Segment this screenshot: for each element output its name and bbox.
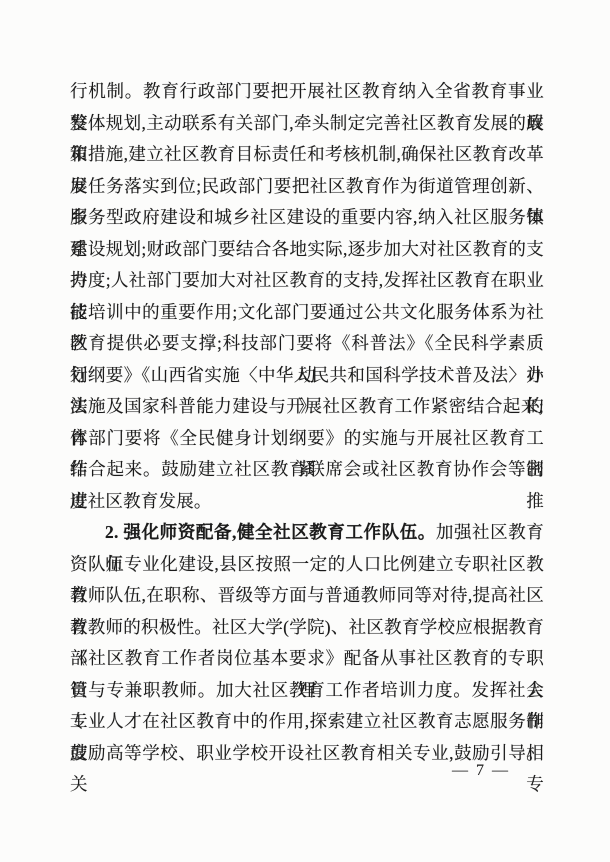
text-line: 力度;人社部门要加大对社区教育的支持,发挥社区教育在职业技 xyxy=(70,265,544,297)
text-line: 整体规划,主动联系有关部门,牵头制定完善社区教育发展的政策 xyxy=(70,108,544,140)
text-line: 划纲要》《山西省实施〈中华人民共和国科学技术普及法〉办法》的 xyxy=(70,360,544,392)
text-line: 《社区教育工作者岗位基本要求》配备从事社区教育的专职管理人 xyxy=(70,643,544,675)
text-line: 专业人才在社区教育中的作用,探索建立社区教育志愿服务制度。 xyxy=(70,706,544,738)
page-number: — 7 — xyxy=(452,762,510,780)
text-line: 结合起来。鼓励建立社区教育联席会或社区教育协作会等制度推 xyxy=(70,454,544,486)
text-line: 教育提供必要支撑;科技部门要将《科普法》《全民科学素质行动计 xyxy=(70,328,544,360)
text-line: 资队伍专业化建设,县区按照一定的人口比例建立专职社区教育 xyxy=(70,549,544,581)
text-line: 育部门要将《全民健身计划纲要》的实施与开展社区教育工作紧密 xyxy=(70,423,544,455)
document-page: 行机制。教育行政部门要把开展社区教育纳入全省教育事业发展 整体规划,主动联系有关… xyxy=(0,0,610,862)
paragraph-heading: 2. 强化师资配备,健全社区教育工作队伍。 xyxy=(105,522,436,542)
text-line: 教师队伍,在职称、晋级等方面与普通教师同等对待,提高社区教 xyxy=(70,580,544,612)
text-line: 展任务落实到位;民政部门要把社区教育作为街道管理创新、乡镇 xyxy=(70,171,544,203)
text-line: 能培训中的重要作用;文化部门要通过公共文化服务体系为社区 xyxy=(70,297,544,329)
text-line: 建设规划;财政部门要结合各地实际,逐步加大对社区教育的支持 xyxy=(70,234,544,266)
text-line: 服务型政府建设和城乡社区建设的重要内容,纳入社区服务体系 xyxy=(70,202,544,234)
text-line: 行机制。教育行政部门要把开展社区教育纳入全省教育事业发展 xyxy=(70,76,544,108)
text-line: 员与专兼职教师。加大社区教育工作者培训力度。发挥社会工作 xyxy=(70,675,544,707)
document-text-block: 行机制。教育行政部门要把开展社区教育纳入全省教育事业发展 整体规划,主动联系有关… xyxy=(70,76,544,769)
text-line: 育教师的积极性。社区大学(学院)、社区教育学校应根据教育部 xyxy=(70,612,544,644)
numbered-paragraph-line: 2. 强化师资配备,健全社区教育工作队伍。加强社区教育师 xyxy=(70,517,544,549)
text-line: 实施及国家科普能力建设与开展社区教育工作紧密结合起来;体 xyxy=(70,391,544,423)
text-line: 和措施,建立社区教育目标责任和考核机制,确保社区教育改革发 xyxy=(70,139,544,171)
